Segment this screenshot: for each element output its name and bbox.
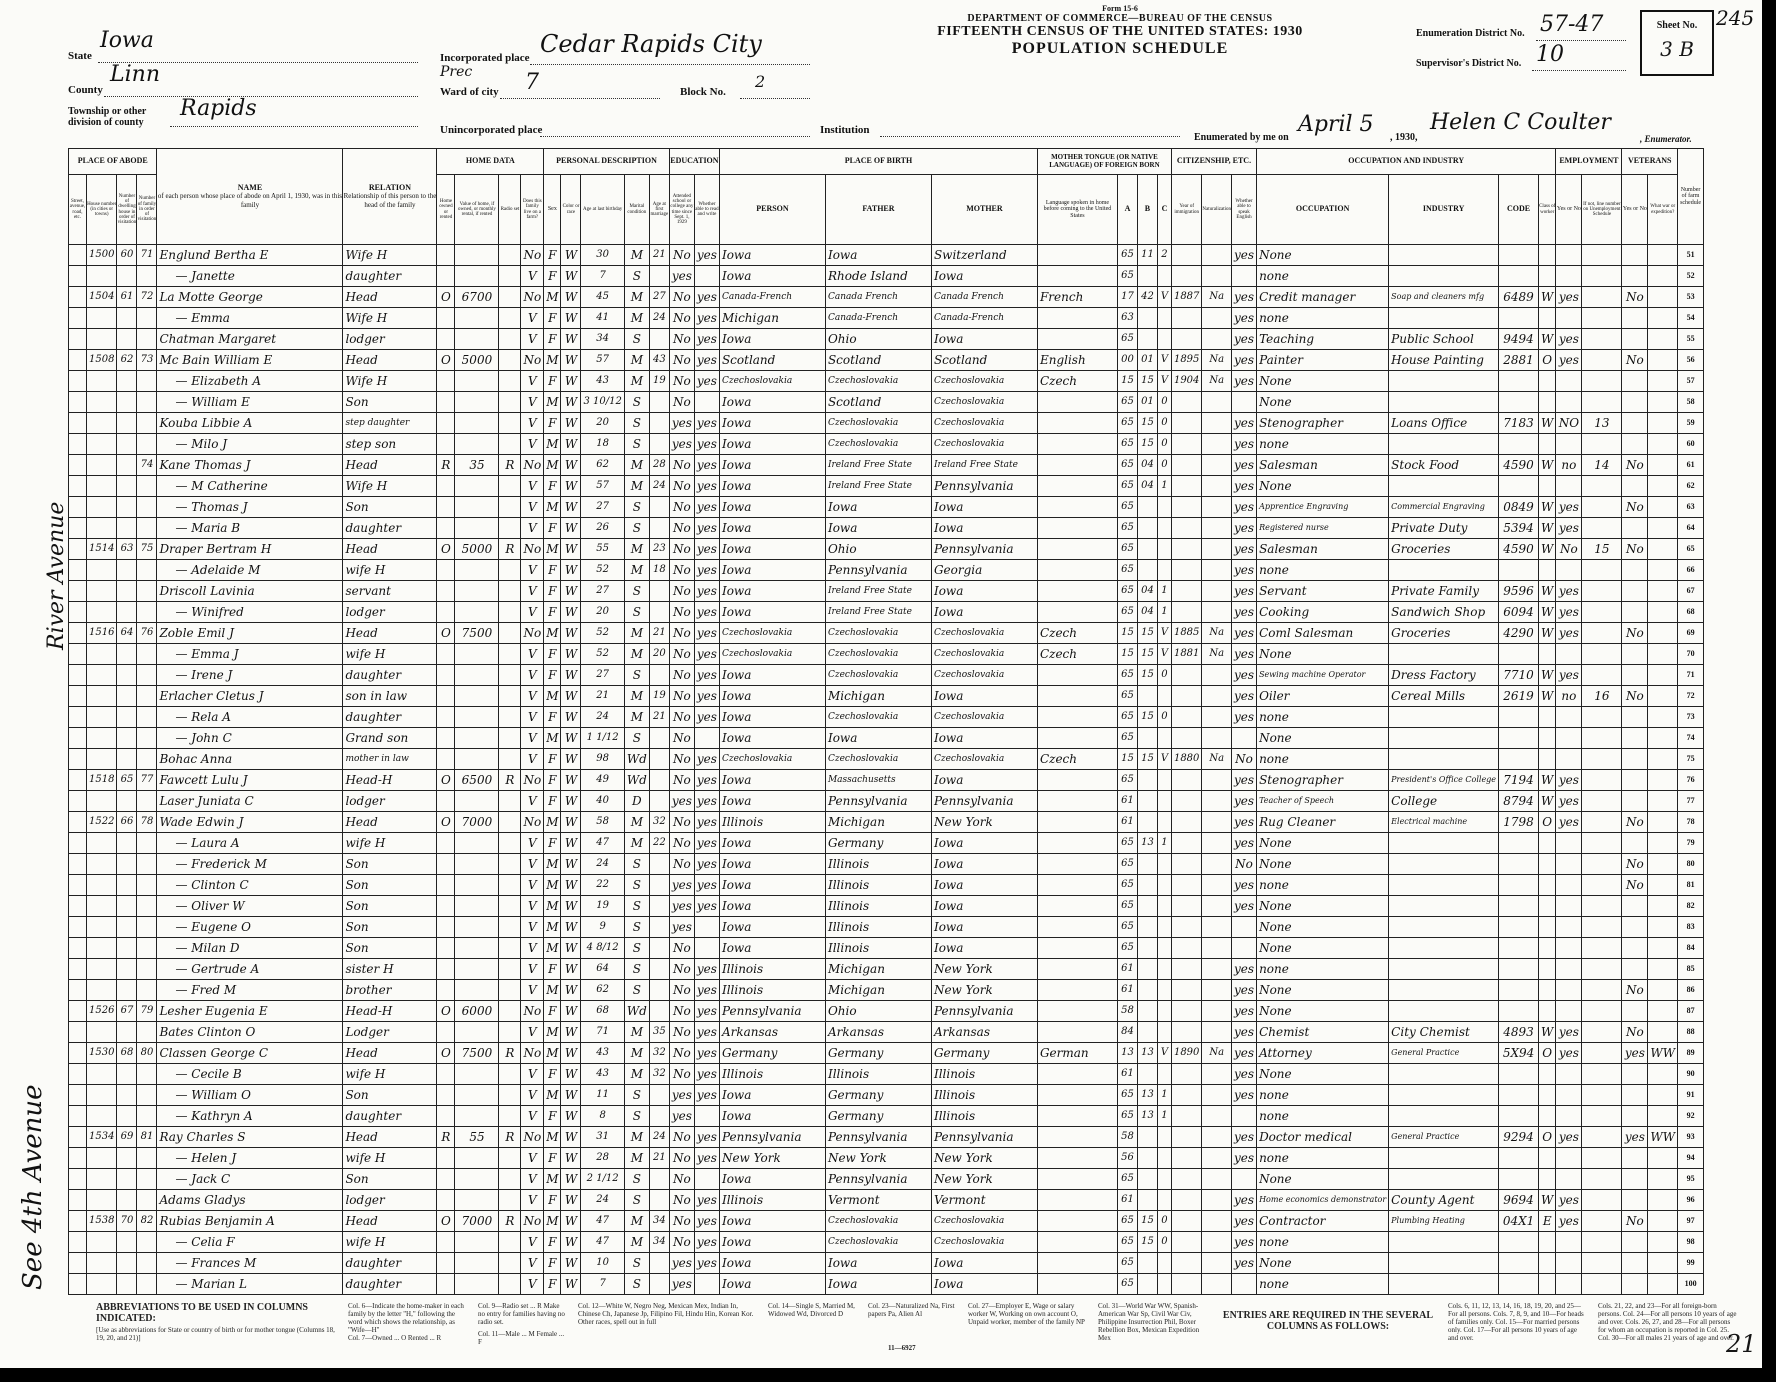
- occupation-code-cell: [1499, 896, 1539, 917]
- code-b-cell: [1137, 875, 1157, 896]
- col-family: Number of family in order of visitation: [137, 175, 157, 245]
- owned-rented-cell: O: [437, 350, 455, 371]
- radio-cell: [499, 833, 521, 854]
- table-row: — Maria BdaughterVFW26SNoyesIowaIowaIowa…: [69, 518, 1726, 539]
- class-worker-cell: [1539, 392, 1556, 413]
- code-a-cell: 65: [1117, 245, 1137, 266]
- unemployment-line-cell: [1582, 308, 1622, 329]
- race-cell: W: [561, 791, 581, 812]
- employed-cell: [1556, 875, 1582, 896]
- employed-cell: yes: [1556, 1127, 1582, 1148]
- owned-rented-cell: [437, 1169, 455, 1190]
- family-number-cell: [137, 1232, 157, 1253]
- naturalization-cell: [1202, 1001, 1232, 1022]
- age-marriage-cell: [649, 665, 669, 686]
- dwelling-number-cell: [117, 665, 137, 686]
- sex-cell: M: [544, 623, 561, 644]
- occupation-code-cell: 4893: [1499, 1022, 1539, 1043]
- table-row: — Eugene OSonVMW9SyesIowaIllinoisIowa65N…: [69, 917, 1726, 938]
- farm-cell: V: [521, 329, 544, 350]
- employed-cell: no: [1556, 455, 1582, 476]
- immigration-year-cell: [1171, 1001, 1201, 1022]
- home-value-cell: [455, 854, 499, 875]
- line-number: 91: [1678, 1085, 1704, 1106]
- naturalization-cell: [1202, 413, 1232, 434]
- code-b-cell: [1137, 917, 1157, 938]
- code-c-cell: [1157, 686, 1171, 707]
- home-value-cell: 55: [455, 1127, 499, 1148]
- relation-cell: Wife H: [343, 476, 437, 497]
- line-number: 82: [1678, 896, 1704, 917]
- class-worker-cell: W: [1539, 455, 1556, 476]
- war-cell: WW: [1648, 1127, 1678, 1148]
- age-cell: 26: [581, 518, 624, 539]
- father-birthplace-cell: Ohio: [825, 1001, 931, 1022]
- veteran-cell: [1622, 1106, 1648, 1127]
- father-birthplace-cell: Illinois: [825, 1064, 931, 1085]
- institution-line: [880, 136, 1180, 137]
- home-value-cell: [455, 665, 499, 686]
- class-worker-cell: [1539, 833, 1556, 854]
- industry-cell: Soap and cleaners mfg: [1389, 287, 1499, 308]
- marital-cell: M: [624, 707, 649, 728]
- ward-value: 7: [525, 70, 539, 95]
- class-worker-cell: [1539, 854, 1556, 875]
- farm-cell: V: [521, 392, 544, 413]
- relation-cell: Head: [343, 812, 437, 833]
- relation-cell: wife H: [343, 833, 437, 854]
- veteran-cell: [1622, 392, 1648, 413]
- employed-cell: [1556, 1274, 1582, 1295]
- age-marriage-cell: [649, 938, 669, 959]
- family-number-cell: [137, 476, 157, 497]
- abbrev-col11: Col. 11—Male ... M Female ... F: [478, 1330, 568, 1346]
- race-cell: W: [561, 518, 581, 539]
- naturalization-cell: Na: [1202, 1043, 1232, 1064]
- street-cell: [69, 1127, 87, 1148]
- father-birthplace-cell: Germany: [825, 1043, 931, 1064]
- col-naturalization: Naturalization: [1202, 175, 1232, 245]
- father-birthplace-cell: Illinois: [825, 917, 931, 938]
- line-number: 83: [1678, 917, 1704, 938]
- read-write-cell: yes: [694, 959, 719, 980]
- house-number-cell: [87, 959, 117, 980]
- race-cell: W: [561, 287, 581, 308]
- employed-cell: [1556, 728, 1582, 749]
- occupation-cell: None: [1257, 245, 1389, 266]
- mother-birthplace-cell: Czechoslovakia: [931, 665, 1037, 686]
- occupation-code-cell: 7710: [1499, 665, 1539, 686]
- age-marriage-cell: 21: [649, 623, 669, 644]
- english-cell: yes: [1232, 707, 1257, 728]
- language-cell: [1037, 308, 1117, 329]
- owned-rented-cell: [437, 413, 455, 434]
- code-b-cell: [1137, 518, 1157, 539]
- age-cell: 28: [581, 1148, 624, 1169]
- code-c-cell: V: [1157, 1043, 1171, 1064]
- english-cell: yes: [1232, 770, 1257, 791]
- family-number-cell: [137, 791, 157, 812]
- street-cell: [69, 728, 87, 749]
- race-cell: W: [561, 350, 581, 371]
- birthplace-cell: Arkansas: [719, 1022, 825, 1043]
- english-cell: [1232, 938, 1257, 959]
- name-cell: Laser Juniata C: [157, 791, 343, 812]
- radio-cell: [499, 581, 521, 602]
- family-number-cell: [137, 1148, 157, 1169]
- immigration-year-cell: [1171, 413, 1201, 434]
- family-number-cell: [137, 581, 157, 602]
- marital-cell: M: [624, 644, 649, 665]
- ward-label: Ward of city: [440, 86, 499, 98]
- read-write-cell: yes: [694, 581, 719, 602]
- street-cell: [69, 329, 87, 350]
- relation-cell: lodger: [343, 602, 437, 623]
- name-cell: — Winifred: [157, 602, 343, 623]
- industry-cell: City Chemist: [1389, 1022, 1499, 1043]
- marital-cell: M: [624, 476, 649, 497]
- father-birthplace-cell: Iowa: [825, 1253, 931, 1274]
- marital-cell: M: [624, 686, 649, 707]
- birthplace-cell: Iowa: [719, 1106, 825, 1127]
- relation-cell: Grand son: [343, 728, 437, 749]
- mother-birthplace-cell: Switzerland: [931, 245, 1037, 266]
- naturalization-cell: [1202, 1022, 1232, 1043]
- code-c-cell: [1157, 959, 1171, 980]
- dwelling-number-cell: [117, 560, 137, 581]
- code-a-cell: 65: [1117, 266, 1137, 287]
- veteran-cell: No: [1622, 980, 1648, 1001]
- table-row: — Frances MdaughterVFW10SyesyesIowaIowaI…: [69, 1253, 1726, 1274]
- family-number-cell: [137, 1085, 157, 1106]
- col-age: Age at last birthday: [581, 175, 624, 245]
- mother-birthplace-cell: New York: [931, 980, 1037, 1001]
- dwelling-number-cell: [117, 875, 137, 896]
- read-write-cell: yes: [694, 1148, 719, 1169]
- family-number-cell: [137, 749, 157, 770]
- occupation-code-cell: 2619: [1499, 686, 1539, 707]
- family-number-cell: [137, 896, 157, 917]
- farm-cell: V: [521, 1022, 544, 1043]
- radio-cell: [499, 287, 521, 308]
- naturalization-cell: [1202, 1148, 1232, 1169]
- table-row: 15226678Wade Edwin JHeadO7000NoMW58M32No…: [69, 812, 1726, 833]
- table-row: — William OSonVMW11SyesyesIowaGermanyIll…: [69, 1085, 1726, 1106]
- institution-label: Institution: [820, 124, 870, 136]
- english-cell: yes: [1232, 1022, 1257, 1043]
- veteran-cell: No: [1622, 623, 1648, 644]
- read-write-cell: [694, 1106, 719, 1127]
- owned-rented-cell: [437, 728, 455, 749]
- owned-rented-cell: [437, 518, 455, 539]
- relation-cell: Son: [343, 497, 437, 518]
- unemployment-line-cell: [1582, 833, 1622, 854]
- code-a-cell: 13: [1117, 1043, 1137, 1064]
- code-c-cell: [1157, 1001, 1171, 1022]
- incorporated-value: Cedar Rapids City: [540, 30, 762, 58]
- mother-birthplace-cell: Pennsylvania: [931, 791, 1037, 812]
- class-worker-cell: W: [1539, 791, 1556, 812]
- language-cell: [1037, 833, 1117, 854]
- family-number-cell: 79: [137, 1001, 157, 1022]
- mother-birthplace-cell: Iowa: [931, 917, 1037, 938]
- code-a-cell: 63: [1117, 308, 1137, 329]
- veteran-cell: [1622, 707, 1648, 728]
- code-c-cell: [1157, 560, 1171, 581]
- veteran-cell: [1622, 308, 1648, 329]
- unemployment-line-cell: [1582, 329, 1622, 350]
- war-cell: [1648, 329, 1678, 350]
- farm-cell: No: [521, 245, 544, 266]
- name-cell: — Gertrude A: [157, 959, 343, 980]
- race-cell: W: [561, 1106, 581, 1127]
- unincorporated-line: [540, 136, 810, 137]
- class-worker-cell: E: [1539, 1211, 1556, 1232]
- county-line: [104, 96, 418, 97]
- family-number-cell: 82: [137, 1211, 157, 1232]
- family-number-cell: 76: [137, 623, 157, 644]
- industry-cell: President's Office College: [1389, 770, 1499, 791]
- veteran-cell: [1622, 560, 1648, 581]
- marital-cell: S: [624, 1085, 649, 1106]
- occupation-cell: None: [1257, 980, 1389, 1001]
- relation-cell: Son: [343, 938, 437, 959]
- name-cell: Mc Bain William E: [157, 350, 343, 371]
- table-row: 74Kane Thomas JHeadR35RNoMW62M28NoyesIow…: [69, 455, 1726, 476]
- language-cell: [1037, 1232, 1117, 1253]
- col-code-d: CODE: [1499, 175, 1539, 245]
- code-a-cell: 65: [1117, 1169, 1137, 1190]
- code-a-cell: 65: [1117, 497, 1137, 518]
- industry-cell: [1389, 875, 1499, 896]
- code-b-cell: 15: [1137, 623, 1157, 644]
- col-marital: Marital condition: [624, 175, 649, 245]
- language-cell: [1037, 959, 1117, 980]
- immigration-year-cell: [1171, 707, 1201, 728]
- dwelling-number-cell: [117, 1022, 137, 1043]
- immigration-year-cell: [1171, 497, 1201, 518]
- farm-cell: V: [521, 875, 544, 896]
- name-cell: — Helen J: [157, 1148, 343, 1169]
- relation-cell: daughter: [343, 707, 437, 728]
- naturalization-cell: Na: [1202, 350, 1232, 371]
- owned-rented-cell: [437, 1253, 455, 1274]
- code-c-cell: V: [1157, 749, 1171, 770]
- relation-cell: wife H: [343, 1232, 437, 1253]
- mother-birthplace-cell: Iowa: [931, 602, 1037, 623]
- naturalization-cell: [1202, 581, 1232, 602]
- immigration-year-cell: [1171, 833, 1201, 854]
- line-number: 70: [1678, 644, 1704, 665]
- industry-cell: [1389, 371, 1499, 392]
- farm-cell: V: [521, 896, 544, 917]
- employed-cell: [1556, 644, 1582, 665]
- unemployment-line-cell: [1582, 581, 1622, 602]
- code-a-cell: 65: [1117, 560, 1137, 581]
- family-number-cell: 72: [137, 287, 157, 308]
- family-number-cell: [137, 1274, 157, 1295]
- veteran-cell: No: [1622, 350, 1648, 371]
- school-cell: No: [669, 497, 694, 518]
- unemployment-line-cell: [1582, 1169, 1622, 1190]
- family-number-cell: [137, 959, 157, 980]
- code-b-cell: [1137, 1190, 1157, 1211]
- code-a-cell: 65: [1117, 1253, 1137, 1274]
- farm-cell: V: [521, 497, 544, 518]
- owned-rented-cell: [437, 371, 455, 392]
- street-cell: [69, 1148, 87, 1169]
- line-number: 79: [1678, 833, 1704, 854]
- race-cell: W: [561, 938, 581, 959]
- age-cell: 24: [581, 1190, 624, 1211]
- father-birthplace-cell: Michigan: [825, 980, 931, 1001]
- code-a-cell: 65: [1117, 917, 1137, 938]
- code-c-cell: [1157, 875, 1171, 896]
- school-cell: No: [669, 560, 694, 581]
- radio-cell: [499, 728, 521, 749]
- marital-cell: M: [624, 455, 649, 476]
- sex-cell: F: [544, 644, 561, 665]
- home-value-cell: [455, 602, 499, 623]
- immigration-year-cell: [1171, 560, 1201, 581]
- race-cell: W: [561, 497, 581, 518]
- school-cell: No: [669, 581, 694, 602]
- english-cell: yes: [1232, 308, 1257, 329]
- age-marriage-cell: 24: [649, 476, 669, 497]
- code-b-cell: 13: [1137, 1043, 1157, 1064]
- age-cell: 1 1/12: [581, 728, 624, 749]
- language-cell: [1037, 497, 1117, 518]
- father-birthplace-cell: Canada-French: [825, 308, 931, 329]
- industry-cell: [1389, 1001, 1499, 1022]
- relation-cell: lodger: [343, 329, 437, 350]
- occupation-cell: none: [1257, 707, 1389, 728]
- occupation-code-cell: [1499, 245, 1539, 266]
- family-number-cell: 75: [137, 539, 157, 560]
- unemployment-line-cell: [1582, 350, 1622, 371]
- unemployment-line-cell: [1582, 1190, 1622, 1211]
- farm-cell: No: [521, 812, 544, 833]
- immigration-year-cell: [1171, 791, 1201, 812]
- immigration-year-cell: [1171, 329, 1201, 350]
- table-row: — Adelaide Mwife HVFW52M18NoyesIowaPenns…: [69, 560, 1726, 581]
- code-c-cell: [1157, 938, 1171, 959]
- age-cell: 68: [581, 1001, 624, 1022]
- dwelling-number-cell: 60: [117, 245, 137, 266]
- age-marriage-cell: [649, 770, 669, 791]
- mother-birthplace-cell: Vermont: [931, 1190, 1037, 1211]
- school-cell: yes: [669, 1274, 694, 1295]
- birthplace-cell: Iowa: [719, 539, 825, 560]
- col-code-c: C: [1157, 175, 1171, 245]
- father-birthplace-cell: Iowa: [825, 1274, 931, 1295]
- table-row: Adams GladyslodgerVFW24SNoyesIllinoisVer…: [69, 1190, 1726, 1211]
- home-value-cell: [455, 518, 499, 539]
- age-marriage-cell: 32: [649, 1064, 669, 1085]
- age-marriage-cell: 34: [649, 1211, 669, 1232]
- birthplace-cell: Iowa: [719, 833, 825, 854]
- unemployment-line-cell: [1582, 392, 1622, 413]
- war-cell: [1648, 287, 1678, 308]
- code-c-cell: 1: [1157, 1085, 1171, 1106]
- marital-cell: M: [624, 350, 649, 371]
- sex-cell: M: [544, 854, 561, 875]
- race-cell: W: [561, 308, 581, 329]
- relation-cell: Son: [343, 896, 437, 917]
- race-cell: W: [561, 1064, 581, 1085]
- race-cell: W: [561, 875, 581, 896]
- name-cell: — William E: [157, 392, 343, 413]
- family-number-cell: [137, 644, 157, 665]
- language-cell: [1037, 476, 1117, 497]
- age-marriage-cell: [649, 392, 669, 413]
- code-a-cell: 65: [1117, 1211, 1137, 1232]
- school-cell: No: [669, 812, 694, 833]
- age-marriage-cell: 34: [649, 1232, 669, 1253]
- relation-cell: Head: [343, 1043, 437, 1064]
- occupation-cell: Oiler: [1257, 686, 1389, 707]
- code-a-cell: 65: [1117, 1232, 1137, 1253]
- race-cell: W: [561, 959, 581, 980]
- code-b-cell: [1137, 1274, 1157, 1295]
- farm-cell: V: [521, 476, 544, 497]
- line-number: 61: [1678, 455, 1704, 476]
- entries-req1: Cols. 6, 11, 12, 13, 14, 16, 18, 19, 20,…: [1448, 1302, 1588, 1342]
- table-row: — Rela AdaughterVFW24M21NoyesIowaCzechos…: [69, 707, 1726, 728]
- race-cell: W: [561, 1190, 581, 1211]
- mother-birthplace-cell: Iowa: [931, 581, 1037, 602]
- sex-cell: F: [544, 602, 561, 623]
- table-row: — John CGrand sonVMW1 1/12SNoIowaIowaIow…: [69, 728, 1726, 749]
- occupation-cell: Rug Cleaner: [1257, 812, 1389, 833]
- unemployment-line-cell: [1582, 623, 1622, 644]
- veteran-cell: [1622, 329, 1648, 350]
- occupation-cell: None: [1257, 833, 1389, 854]
- age-cell: 24: [581, 707, 624, 728]
- immigration-year-cell: [1171, 455, 1201, 476]
- name-cell: — Fred M: [157, 980, 343, 1001]
- english-cell: yes: [1232, 434, 1257, 455]
- occupation-code-cell: [1499, 1001, 1539, 1022]
- street-cell: [69, 1106, 87, 1127]
- street-margin-note: River Avenue: [44, 502, 69, 650]
- farm-cell: V: [521, 854, 544, 875]
- industry-cell: Loans Office: [1389, 413, 1499, 434]
- age-marriage-cell: 21: [649, 1148, 669, 1169]
- radio-cell: [499, 644, 521, 665]
- school-cell: No: [669, 602, 694, 623]
- occupation-code-cell: 2881: [1499, 350, 1539, 371]
- owned-rented-cell: [437, 896, 455, 917]
- house-number-cell: [87, 266, 117, 287]
- race-cell: W: [561, 1085, 581, 1106]
- occupation-code-cell: [1499, 392, 1539, 413]
- veteran-cell: [1622, 749, 1648, 770]
- owned-rented-cell: [437, 938, 455, 959]
- street-cell: [69, 938, 87, 959]
- home-value-cell: 7500: [455, 623, 499, 644]
- english-cell: yes: [1232, 959, 1257, 980]
- read-write-cell: [694, 1274, 719, 1295]
- code-c-cell: [1157, 812, 1171, 833]
- mother-birthplace-cell: Czechoslovakia: [931, 1211, 1037, 1232]
- line-number: 92: [1678, 1106, 1704, 1127]
- mother-birthplace-cell: Canada-French: [931, 308, 1037, 329]
- dwelling-number-cell: [117, 854, 137, 875]
- occupation-code-cell: [1499, 833, 1539, 854]
- home-value-cell: [455, 917, 499, 938]
- unemployment-line-cell: [1582, 1274, 1622, 1295]
